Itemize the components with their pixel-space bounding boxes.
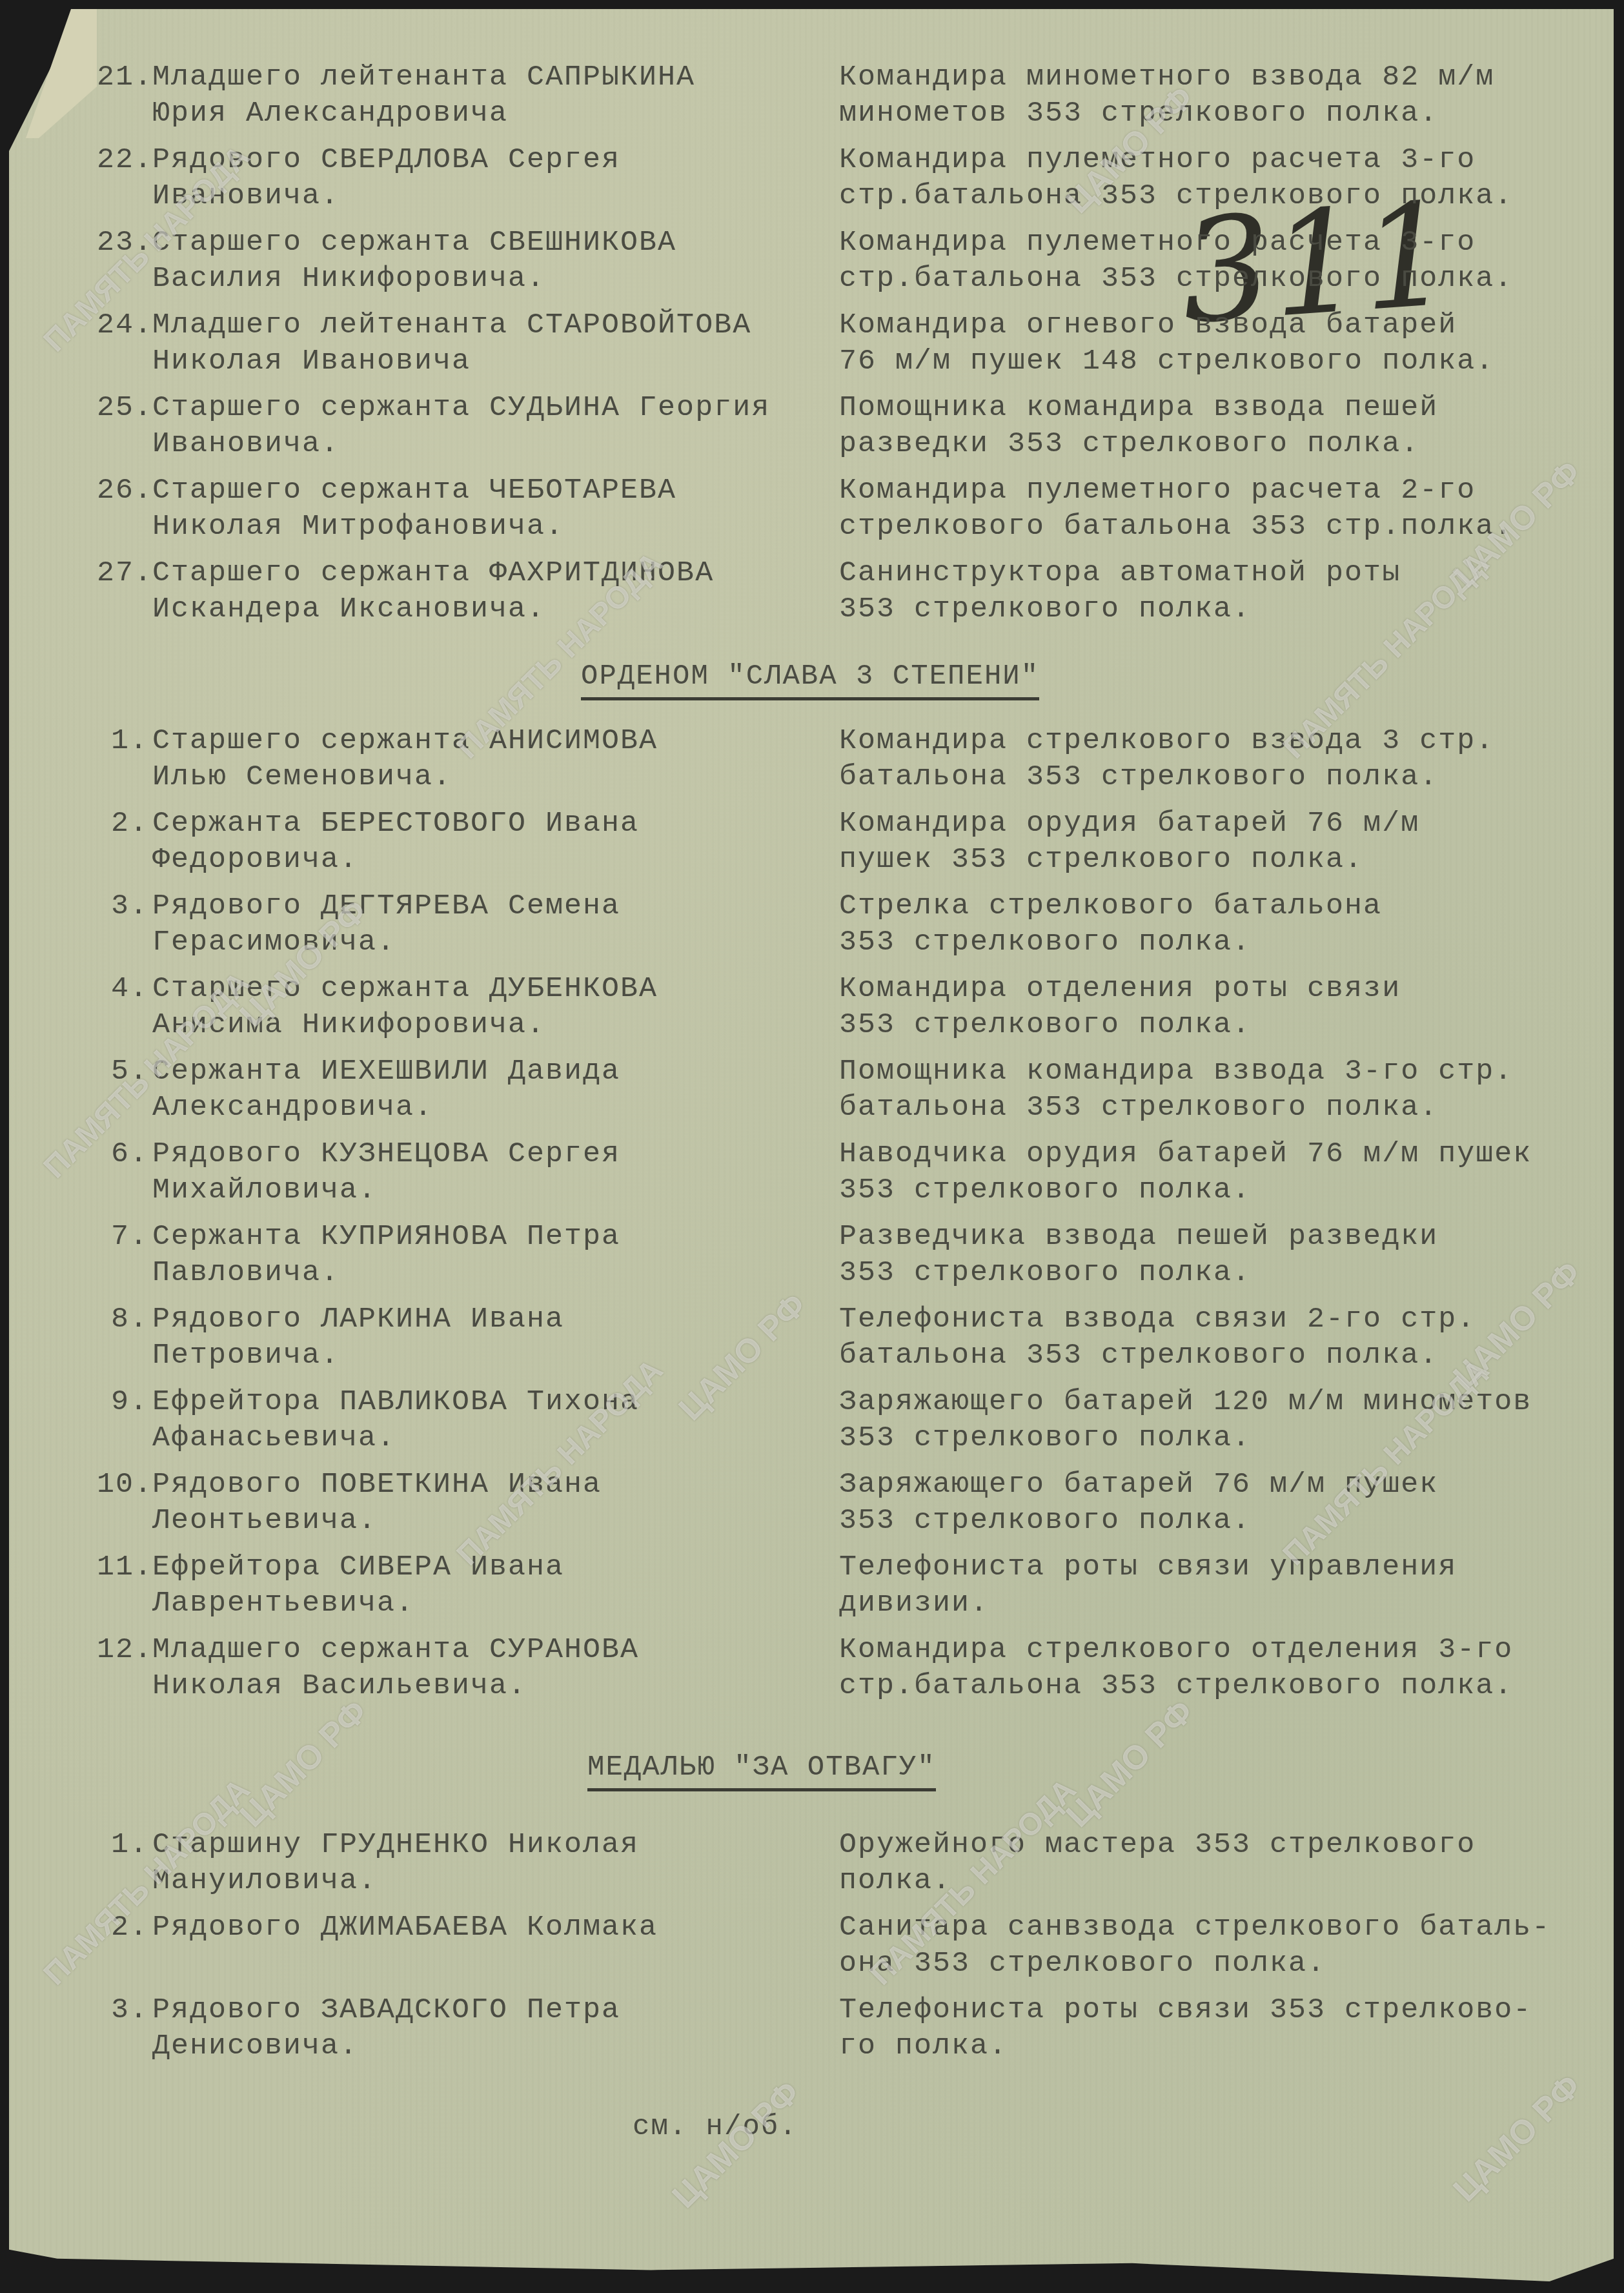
position-line: Командира стрелкового отделения 3-го <box>839 1632 1588 1668</box>
list-item-position: Наводчика орудия батарей 76 м/м пушек353… <box>839 1136 1588 1208</box>
rank-and-surname: Ефрейтора СИВЕРА Ивана <box>152 1551 564 1584</box>
given-name-patronymic: Павловича. <box>97 1255 826 1291</box>
position-line: Телефониста взвода связи 2-го стр. <box>839 1301 1588 1338</box>
list-item-name: 11.Ефрейтора СИВЕРА ИванаЛаврентьевича. <box>97 1549 826 1622</box>
given-name-patronymic: Леонтьевича. <box>97 1503 826 1539</box>
position-line: разведки 353 стрелкового полка. <box>839 426 1588 462</box>
position-line: стр.батальона 353 стрелкового полка. <box>839 178 1588 214</box>
position-line: батальона 353 стрелкового полка. <box>839 1090 1588 1126</box>
rank-and-surname: Сержанта КУПРИЯНОВА Петра <box>152 1220 620 1253</box>
position-line: 353 стрелкового полка. <box>839 591 1588 627</box>
item-number: 1. <box>97 723 148 759</box>
list-item-position: Командира огневого взвода батарей76 м/м … <box>839 307 1588 380</box>
list-item-name: 3.Рядового ЗАВАДСКОГО ПетраДенисовича. <box>97 1992 826 2064</box>
position-line: 76 м/м пушек 148 стрелкового полка. <box>839 343 1588 380</box>
position-line: Помощника командира взвода 3-го стр. <box>839 1054 1588 1090</box>
section-title-medal-for-courage: МЕДАЛЬЮ "ЗА ОТВАГУ" <box>587 1749 936 1791</box>
given-name-patronymic: Михайловича. <box>97 1172 826 1208</box>
list-item-position: Командира стрелкового отделения 3-гостр.… <box>839 1632 1588 1704</box>
item-number: 25. <box>97 390 148 426</box>
rank-and-surname: Старшего сержанта СВЕШНИКОВА <box>152 226 676 259</box>
list-item-name: 7.Сержанта КУПРИЯНОВА ПетраПавловича. <box>97 1219 826 1291</box>
rank-and-surname: Рядового ЗАВАДСКОГО Петра <box>152 1993 620 2026</box>
section-title-order-of-glory: ОРДЕНОМ "СЛАВА 3 СТЕПЕНИ" <box>581 658 1039 700</box>
item-number: 12. <box>97 1632 148 1668</box>
item-number: 3. <box>97 1992 148 2028</box>
list-item-position: Помощника командира взвода пешейразведки… <box>839 390 1588 462</box>
given-name-patronymic: Мануиловича. <box>97 1863 826 1899</box>
position-line: Наводчика орудия батарей 76 м/м пушек <box>839 1136 1588 1172</box>
position-line: 353 стрелкового полка. <box>839 1172 1588 1208</box>
item-number: 1. <box>97 1827 148 1863</box>
list-item-name: 5.Сержанта ИЕХЕШВИЛИ ДавидаАлександрович… <box>97 1054 826 1126</box>
rank-and-surname: Младшего лейтенанта САПРЫКИНА <box>152 61 695 94</box>
given-name-patronymic: Николая Митрофановича. <box>97 509 826 545</box>
list-item-position: Командира стрелкового взвода 3 стр.батал… <box>839 723 1588 795</box>
position-line: 353 стрелкового полка. <box>839 924 1588 961</box>
position-line: она 353 стрелкового полка. <box>839 1946 1588 1982</box>
position-line: Командира минометного взвода 82 м/м <box>839 59 1588 96</box>
position-line: Телефониста роты связи управления <box>839 1549 1588 1585</box>
given-name-patronymic: Юрия Александровича <box>97 96 826 132</box>
list-item-position: Командира пулеметного расчета 3-гостр.ба… <box>839 225 1588 297</box>
item-number: 3. <box>97 888 148 924</box>
given-name-patronymic: Герасимовича. <box>97 924 826 961</box>
position-line: Командира огневого взвода батарей <box>839 307 1588 343</box>
item-number: 4. <box>97 971 148 1007</box>
list-item-name: 6.Рядового КУЗНЕЦОВА СергеяМихайловича. <box>97 1136 826 1208</box>
position-line: Стрелка стрелкового батальона <box>839 888 1588 924</box>
rank-and-surname: Рядового ДЖИМАБАЕВА Колмака <box>152 1911 658 1944</box>
given-name-patronymic: Искандера Иксановича. <box>97 591 826 627</box>
list-item-position: Заряжающего батарей 76 м/м пушек353 стре… <box>839 1467 1588 1539</box>
item-number: 2. <box>97 806 148 842</box>
position-line: 353 стрелкового полка. <box>839 1503 1588 1539</box>
given-name-patronymic: Денисовича. <box>97 2028 826 2064</box>
position-line: пушек 353 стрелкового полка. <box>839 842 1588 878</box>
list-item-position: Помощника командира взвода 3-го стр.бата… <box>839 1054 1588 1126</box>
list-item-name: 23.Старшего сержанта СВЕШНИКОВАВасилия Н… <box>97 225 826 297</box>
list-item-position: Командира отделения роты связи353 стрелк… <box>839 971 1588 1043</box>
item-number: 10. <box>97 1467 148 1503</box>
position-line: Разведчика взвода пешей разведки <box>839 1219 1588 1255</box>
given-name-patronymic: Николая Васильевича. <box>97 1668 826 1704</box>
position-line: Командира отделения роты связи <box>839 971 1588 1007</box>
rank-and-surname: Рядового ДЕГТЯРЕВА Семена <box>152 890 620 922</box>
position-line: дивизии. <box>839 1585 1588 1622</box>
given-name-patronymic: Федоровича. <box>97 842 826 878</box>
position-line: Телефониста роты связи 353 стрелково- <box>839 1992 1588 2028</box>
list-item-name: 12.Младшего сержанта СУРАНОВАНиколая Вас… <box>97 1632 826 1704</box>
item-number: 9. <box>97 1384 148 1420</box>
item-number: 11. <box>97 1549 148 1585</box>
rank-and-surname: Старшего сержанта ЧЕБОТАРЕВА <box>152 474 676 507</box>
position-line: стр.батальона 353 стрелкового полка. <box>839 261 1588 297</box>
position-line: минометов 353 стрелкового полка. <box>839 96 1588 132</box>
given-name-patronymic: Василия Никифоровича. <box>97 261 826 297</box>
position-line: 353 стрелкового полка. <box>839 1420 1588 1456</box>
item-number: 22. <box>97 142 148 178</box>
position-line: Заряжающего батарей 76 м/м пушек <box>839 1467 1588 1503</box>
given-name-patronymic: Александровича. <box>97 1090 826 1126</box>
list-item-name: 2.Рядового ДЖИМАБАЕВА Колмака <box>97 1910 826 1946</box>
position-line: Командира стрелкового взвода 3 стр. <box>839 723 1588 759</box>
position-line: Помощника командира взвода пешей <box>839 390 1588 426</box>
rank-and-surname: Младшего сержанта СУРАНОВА <box>152 1633 639 1666</box>
position-line: Оружейного мастера 353 стрелкового <box>839 1827 1588 1863</box>
list-item-name: 24.Младшего лейтенанта СТАРОВОЙТОВАНикол… <box>97 307 826 380</box>
position-line: Командира пулеметного расчета 3-го <box>839 225 1588 261</box>
given-name-patronymic: Илью Семеновича. <box>97 759 826 795</box>
rank-and-surname: Рядового КУЗНЕЦОВА Сергея <box>152 1137 620 1170</box>
given-name-patronymic: Николая Ивановича <box>97 343 826 380</box>
position-line: го полка. <box>839 2028 1588 2064</box>
list-item-position: Телефониста роты связи 353 стрелково-го … <box>839 1992 1588 2064</box>
position-line: Командира пулеметного расчета 3-го <box>839 142 1588 178</box>
list-item-position: Командира орудия батарей 76 м/мпушек 353… <box>839 806 1588 878</box>
item-number: 26. <box>97 473 148 509</box>
position-line: стр.батальона 353 стрелкового полка. <box>839 1668 1588 1704</box>
rank-and-surname: Рядового ЛАРКИНА Ивана <box>152 1303 564 1336</box>
rank-and-surname: Сержанта ИЕХЕШВИЛИ Давида <box>152 1055 620 1088</box>
list-item-name: 3.Рядового ДЕГТЯРЕВА СеменаГерасимовича. <box>97 888 826 961</box>
rank-and-surname: Старшего сержанта СУДЬИНА Георгия <box>152 391 770 424</box>
list-item-name: 27.Старшего сержанта ФАХРИТДИНОВАИсканде… <box>97 555 826 627</box>
position-line: 353 стрелкового полка. <box>839 1007 1588 1043</box>
given-name-patronymic: Ивановича. <box>97 426 826 462</box>
position-line: Командира орудия батарей 76 м/м <box>839 806 1588 842</box>
rank-and-surname: Старшего сержанта АНИСИМОВА <box>152 724 658 757</box>
given-name-patronymic: Афанасьевича. <box>97 1420 826 1456</box>
position-line: 353 стрелкового полка. <box>839 1255 1588 1291</box>
item-number: 8. <box>97 1301 148 1338</box>
list-item-name: 10.Рядового ПОВЕТКИНА ИванаЛеонтьевича. <box>97 1467 826 1539</box>
list-item-position: Командира пулеметного расчета 3-гостр.ба… <box>839 142 1588 214</box>
rank-and-surname: Старшину ГРУДНЕНКО Николая <box>152 1828 639 1861</box>
list-item-name: 2.Сержанта БЕРЕСТОВОГО ИванаФедоровича. <box>97 806 826 878</box>
list-item-name: 26.Старшего сержанта ЧЕБОТАРЕВАНиколая М… <box>97 473 826 545</box>
list-item-position: Командира пулеметного расчета 2-гострелк… <box>839 473 1588 545</box>
item-number: 7. <box>97 1219 148 1255</box>
list-item-position: Телефониста роты связи управлениядивизии… <box>839 1549 1588 1622</box>
rank-and-surname: Ефрейтора ПАВЛИКОВА Тихона <box>152 1385 639 1418</box>
item-number: 27. <box>97 555 148 591</box>
list-item-name: 21.Младшего лейтенанта САПРЫКИНАЮрия Але… <box>97 59 826 132</box>
list-item-name: 25.Старшего сержанта СУДЬИНА ГеоргияИван… <box>97 390 826 462</box>
item-number: 21. <box>97 59 148 96</box>
list-item-position: Командира минометного взвода 82 м/ммином… <box>839 59 1588 132</box>
given-name-patronymic: Лаврентьевича. <box>97 1585 826 1622</box>
rank-and-surname: Сержанта БЕРЕСТОВОГО Ивана <box>152 807 639 840</box>
list-item-position: Разведчика взвода пешей разведки353 стре… <box>839 1219 1588 1291</box>
position-line: Командира пулеметного расчета 2-го <box>839 473 1588 509</box>
list-item-position: Стрелка стрелкового батальона353 стрелко… <box>839 888 1588 961</box>
rank-and-surname: Младшего лейтенанта СТАРОВОЙТОВА <box>152 309 751 341</box>
position-line: батальона 353 стрелкового полка. <box>839 759 1588 795</box>
